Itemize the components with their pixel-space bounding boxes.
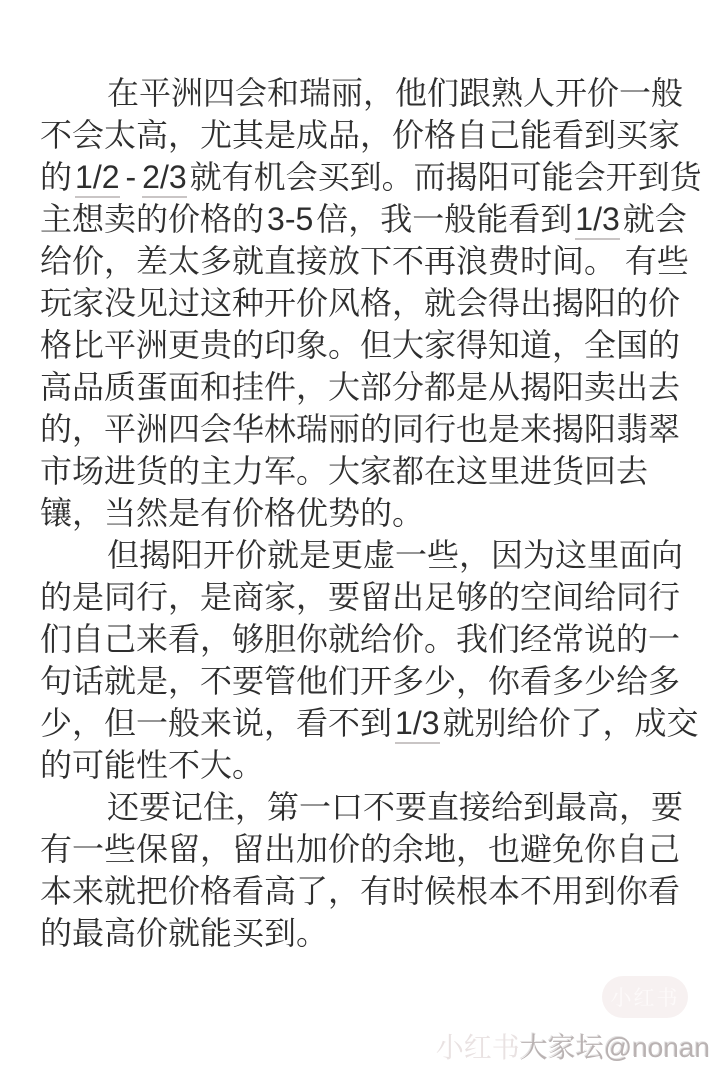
text-segment: 但揭阳开价就是更虚一些，因为这里面向 [107,537,683,573]
bottom-watermark: 小红书大家坛@nonan [436,1026,710,1066]
text-line: 市场进货的主力军。大家都在这里进货回去 [40,450,688,492]
text-segment: 的最高价就能买到。 [40,915,328,951]
text-segment: 给价，差太多就直接放下不再浪费时间。 有些 [40,243,689,279]
watermark-author-text: 大家坛@nonan [520,1032,710,1063]
text-segment: 就会 [623,201,687,237]
text-segment: 玩家没见过这种开价风格，就会得出揭阳的价 [40,285,680,321]
text-line: 给价，差太多就直接放下不再浪费时间。 有些 [40,240,688,282]
text-line: 格比平洲更贵的印象。但大家得知道，全国的 [40,324,688,366]
underlined-fraction: 1/2 [75,159,119,198]
text-segment: - [126,159,137,195]
text-line: 主想卖的价格的3-5倍，我一般能看到1/3就会 [40,198,688,240]
text-segment: 的是同行，是商家，要留出足够的空间给同行 [40,579,680,615]
text-line: 镶，当然是有价格优势的。 [40,492,688,534]
text-segment: 的，平洲四会华林瑞丽的同行也是来揭阳翡翠 [40,411,680,447]
text-segment: 格比平洲更贵的印象。但大家得知道，全国的 [40,327,680,363]
underlined-fraction: 1/3 [395,705,439,744]
text-line: 的是同行，是商家，要留出足够的空间给同行 [40,576,688,618]
text-segment: 们自己来看，够胆你就给价。我们经常说的一 [40,621,680,657]
text-line: 的可能性不大。 [40,744,688,786]
text-segment: 主想卖的价格的 [40,201,264,237]
text-line: 本来就把价格看高了，有时候根本不用到你看 [40,870,688,912]
article-text: 在平洲四会和瑞丽，他们跟熟人开价一般不会太高，尤其是成品，价格自己能看到买家的1… [40,72,688,954]
text-line: 还要记住，第一口不要直接给到最高，要 [40,786,688,828]
text-segment: 倍，我一般能看到 [316,201,572,237]
text-segment: 本来就把价格看高了，有时候根本不用到你看 [40,873,680,909]
text-segment: 不会太高，尤其是成品，价格自己能看到买家 [40,117,680,153]
text-line: 的1/2-2/3就有机会买到。而揭阳可能会开到货 [40,156,688,198]
text-line: 玩家没见过这种开价风格，就会得出揭阳的价 [40,282,688,324]
text-segment: 高品质蛋面和挂件，大部分都是从揭阳卖出去 [40,369,680,405]
text-line: 但揭阳开价就是更虚一些，因为这里面向 [40,534,688,576]
watermark-site-text: 小红书 [436,1032,520,1063]
text-line: 有一些保留，留出加价的余地，也避免你自己 [40,828,688,870]
text-line: 的最高价就能买到。 [40,912,688,954]
text-line: 在平洲四会和瑞丽，他们跟熟人开价一般 [40,72,688,114]
text-segment: 就别给价了，成交 [443,705,699,741]
text-line: 不会太高，尤其是成品，价格自己能看到买家 [40,114,688,156]
text-segment: 镶，当然是有价格优势的。 [40,495,424,531]
text-segment: 有一些保留，留出加价的余地，也避免你自己 [40,831,680,867]
underlined-fraction: 2/3 [142,159,186,198]
text-segment: 少，但一般来说，看不到 [40,705,392,741]
xiaohongshu-badge-watermark: 小红书 [602,976,688,1018]
text-segment: 句话就是，不要管他们开多少，你看多少给多 [40,663,680,699]
text-line: 少，但一般来说，看不到1/3就别给价了，成交 [40,702,688,744]
text-segment: 市场进货的主力军。大家都在这里进货回去 [40,453,648,489]
text-segment: 还要记住，第一口不要直接给到最高，要 [107,789,683,825]
text-segment: 在平洲四会和瑞丽，他们跟熟人开价一般 [107,75,683,111]
page: { "page": { "background": "#ffffff", "te… [0,0,720,1073]
text-segment: 的可能性不大。 [40,747,264,783]
text-line: 高品质蛋面和挂件，大部分都是从揭阳卖出去 [40,366,688,408]
text-segment: 的 [40,159,72,195]
text-segment: 就有机会买到。而揭阳可能会开到货 [190,159,702,195]
text-line: 的，平洲四会华林瑞丽的同行也是来揭阳翡翠 [40,408,688,450]
text-line: 句话就是，不要管他们开多少，你看多少给多 [40,660,688,702]
text-line: 们自己来看，够胆你就给价。我们经常说的一 [40,618,688,660]
text-segment: 3-5 [267,201,313,237]
xiaohongshu-badge-label: 小红书 [611,982,680,1012]
underlined-fraction: 1/3 [575,201,619,240]
